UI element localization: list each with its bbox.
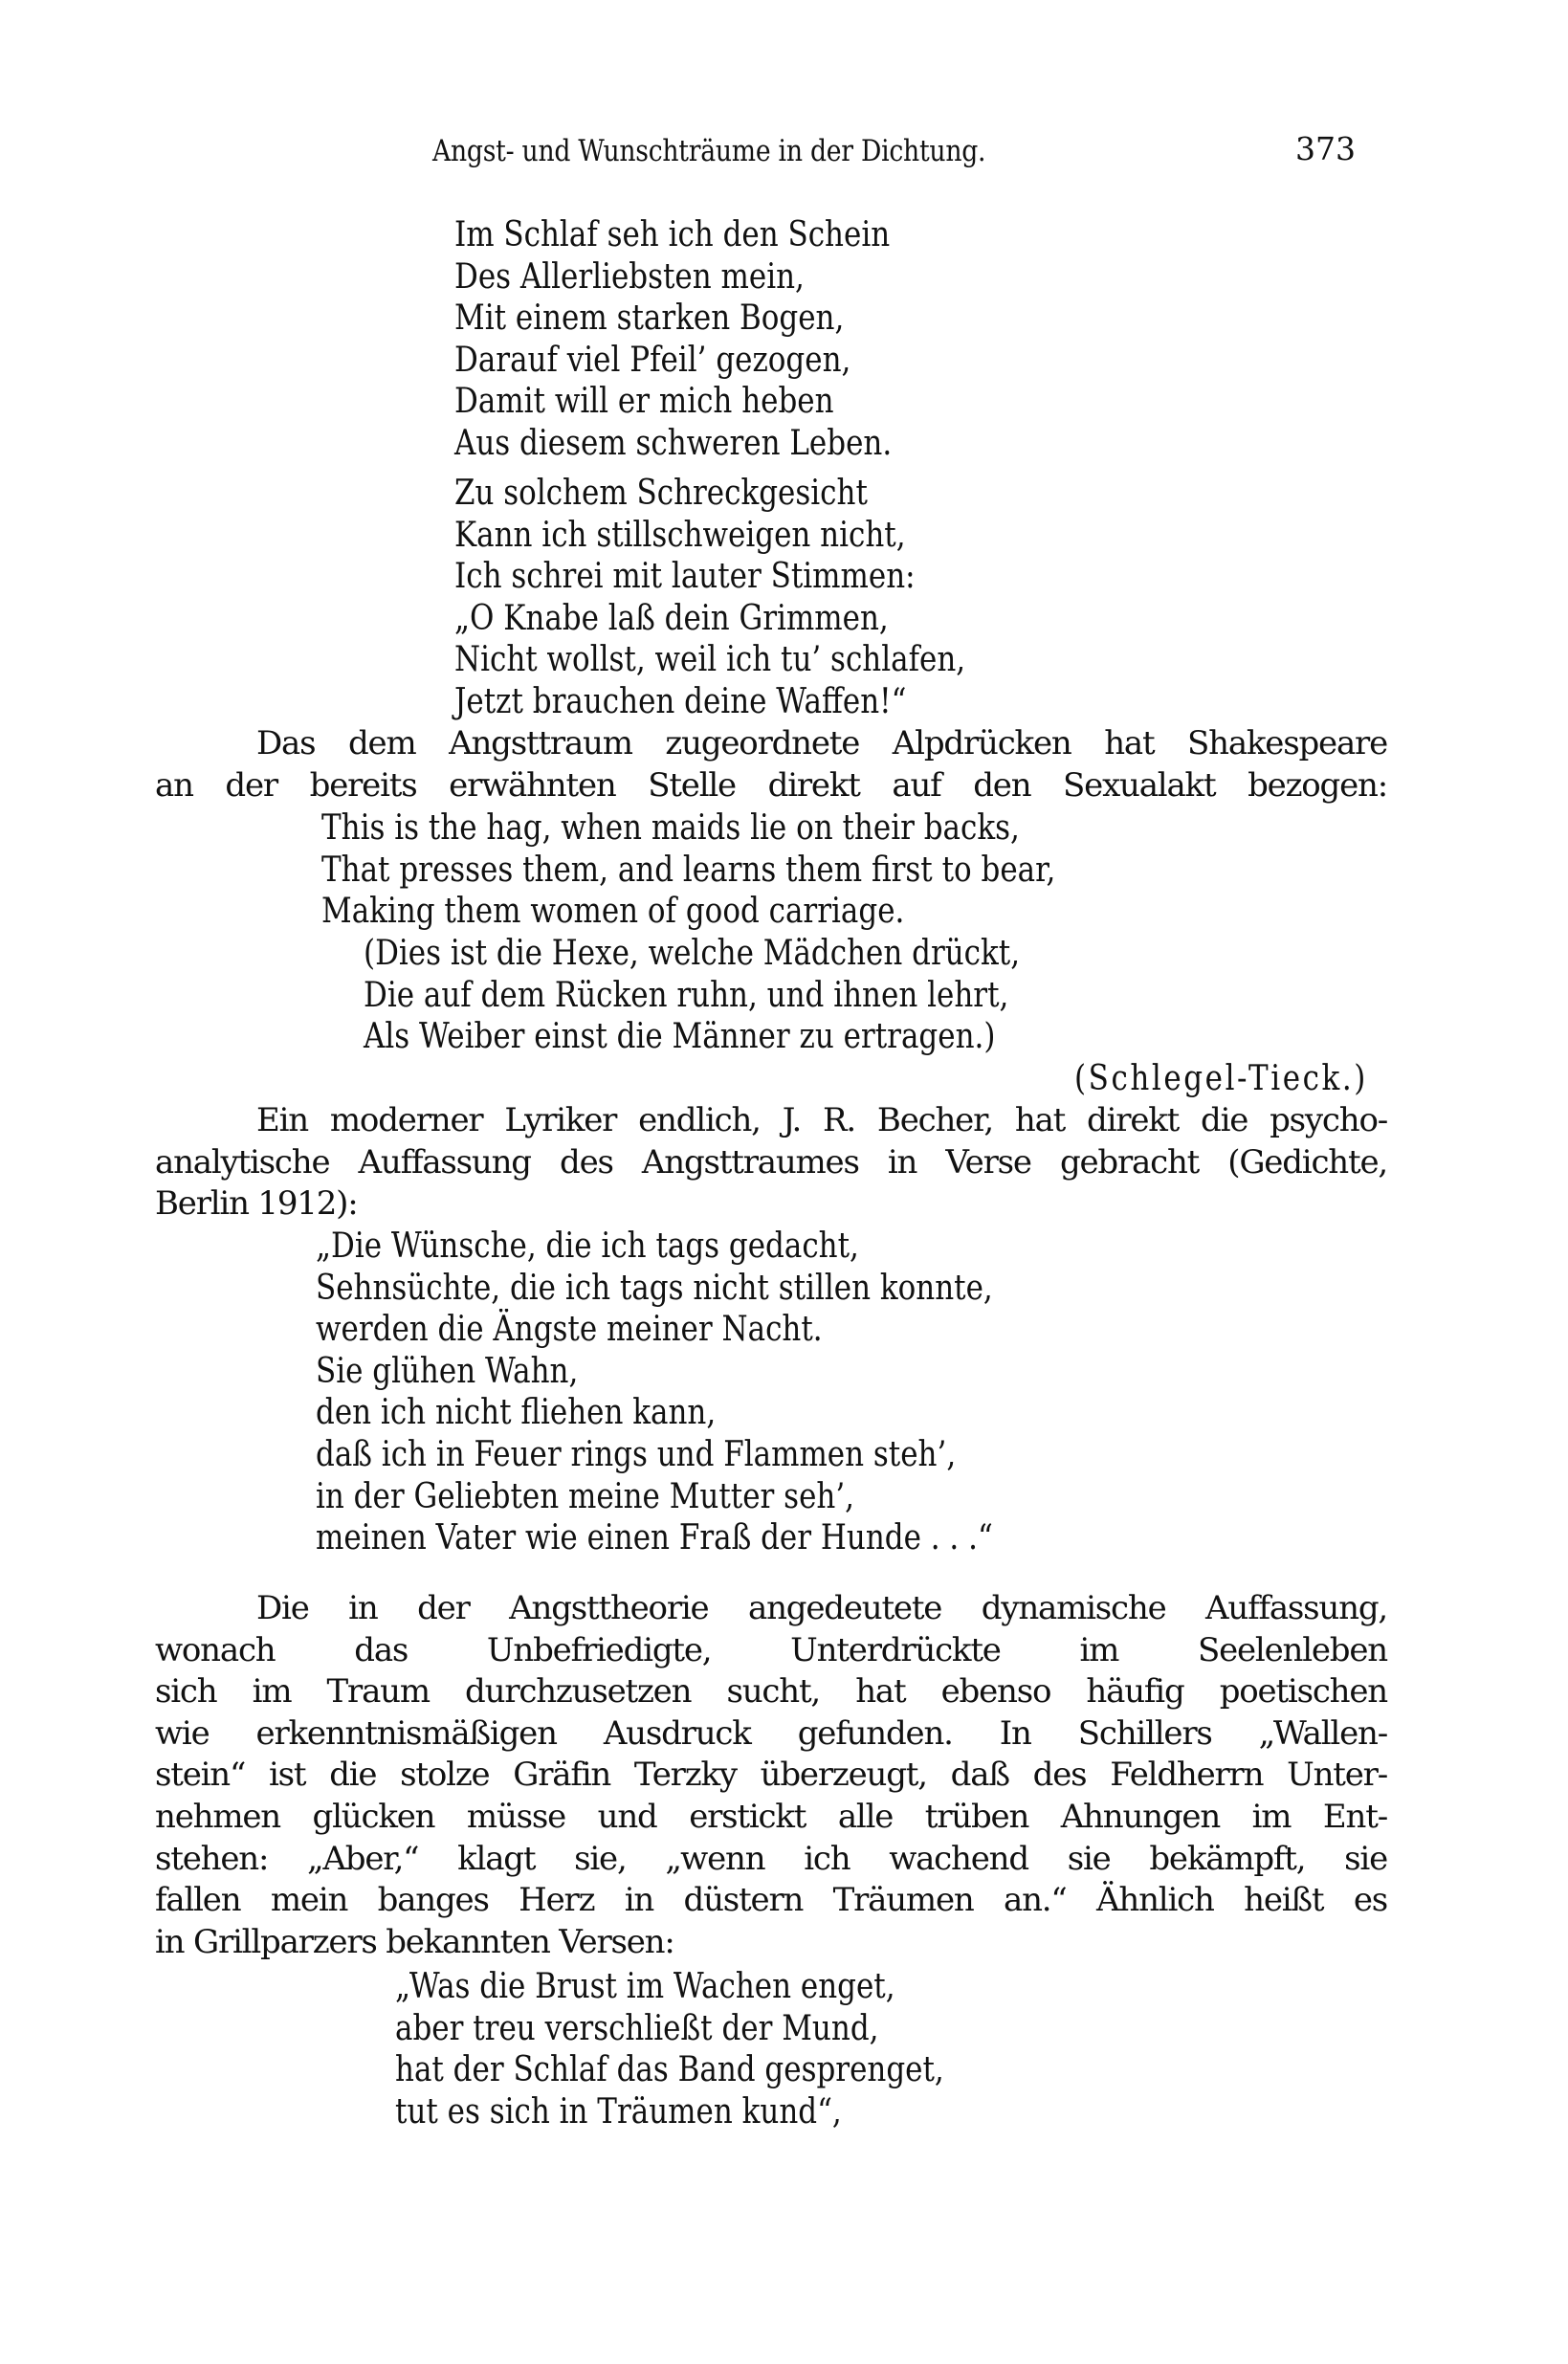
verse-line: Making them women of good carriage. [321,891,1055,933]
prose-line: in Grillparzers bekannten Versen: [155,1922,1387,1964]
verse-line: Kann ich stillschweigen nicht, [454,515,965,557]
verse-line: Zu solchem Schreckgesicht [454,473,965,515]
verse-line: „O Knabe laß dein Grimmen, [454,598,965,640]
verse-line: daß ich in Feuer rings und Flammen steh’… [316,1434,993,1476]
prose-line: fallen mein banges Herz in düstern Träum… [155,1880,1387,1922]
prose-line: wie erkenntnismäßigen Ausdruck gefunden.… [155,1713,1387,1756]
verse-line: Im Schlaf seh ich den Schein [454,214,892,256]
prose-line: wonach das Unbefriedigte, Unterdrückte i… [155,1630,1387,1672]
poem-stanza-2: Zu solchem Schreckgesicht Kann ich still… [454,473,1049,723]
verse-line: (Dies ist die Hexe, welche Mädchen drück… [364,933,1020,975]
paragraph-dynamic-theory: Die in der Angsttheorie angedeutete dyna… [155,1588,1387,1963]
prose-line: stehen: „Aber,“ klagt sie, „wenn ich wac… [155,1839,1387,1881]
verse-line: Jetzt brauchen deine Waffen!“ [454,681,965,723]
verse-line: Damit will er mich heben [454,381,892,423]
prose-line: stein“ ist die stolze Gräfin Terzky über… [155,1755,1387,1797]
prose-line: Die in der Angsttheorie angedeutete dyna… [155,1588,1387,1630]
paragraph-shakespeare-intro: Das dem Angsttraum zugeordnete Alpdrücke… [155,723,1387,806]
grillparzer-poem: „Was die Brust im Wachen enget, aber tre… [395,1966,1033,2132]
prose-line: an der bereits erwähnten Stelle direkt a… [155,765,1387,807]
verse-line: aber treu verschließt der Mund, [395,2008,944,2050]
running-title: Angst- und Wunschträume in der Dichtung. [432,134,985,168]
prose-line: sich im Traum durchzusetzen sucht, hat e… [155,1671,1387,1713]
verse-line: werden die Ängste meiner Nacht. [316,1309,993,1351]
credit-text: (Schlegel-Tieck.) [1074,1058,1368,1100]
translation-credit: (Schlegel-Tieck.) [1074,1058,1416,1100]
verse-line: hat der Schlaf das Band gesprenget, [395,2049,944,2091]
verse-line: „Was die Brust im Wachen enget, [395,1966,944,2008]
paragraph-becher-intro: Ein moderner Lyriker endlich, J. R. Bech… [155,1100,1387,1226]
verse-line: Mit einem starken Bogen, [454,298,892,340]
verse-line: Sie glühen Wahn, [316,1351,993,1393]
verse-line: meinen Vater wie einen Fraß der Hunde . … [316,1517,993,1559]
verse-line: den ich nicht fliehen kann, [316,1392,993,1434]
verse-line: Die auf dem Rücken ruhn, und ihnen lehrt… [364,975,1020,1017]
verse-line: tut es sich in Träumen kund“, [395,2091,944,2133]
prose-line: Berlin 1912): [155,1183,1387,1226]
shakespeare-quote: This is the hag, when maids lie on their… [321,807,1175,933]
prose-line: analytische Auffassung des Angsttraumes … [155,1142,1387,1184]
verse-line: That presses them, and learns them first… [321,850,1055,892]
prose-line: nehmen glücken müsse und erstickt alle t… [155,1797,1387,1839]
prose-line: Ein moderner Lyriker endlich, J. R. Bech… [155,1100,1387,1142]
verse-line: Des Allerliebsten mein, [454,256,892,298]
verse-line: Aus diesem schweren Leben. [454,423,892,465]
verse-line: „Die Wünsche, die ich tags gedacht, [316,1226,993,1268]
poem-stanza-1: Im Schlaf seh ich den Schein Des Allerli… [454,214,963,465]
verse-line: Ich schrei mit lauter Stimmen: [454,556,965,598]
verse-line: This is the hag, when maids lie on their… [321,807,1055,850]
becher-poem: „Die Wünsche, die ich tags gedacht, Sehn… [316,1226,1103,1559]
prose-line: Das dem Angsttraum zugeordnete Alpdrücke… [155,723,1387,765]
quote-translation: (Dies ist die Hexe, welche Mädchen drück… [364,933,1127,1058]
page-number: 373 [1295,130,1356,167]
verse-line: Darauf viel Pfeil’ gezogen, [454,340,892,382]
verse-line: Sehnsüchte, die ich tags nicht stillen k… [316,1268,993,1310]
verse-line: Nicht wollst, weil ich tu’ schlafen, [454,639,965,681]
verse-line: Als Weiber einst die Männer zu ertragen.… [364,1016,1020,1058]
verse-line: in der Geliebten meine Mutter seh’, [316,1476,993,1518]
